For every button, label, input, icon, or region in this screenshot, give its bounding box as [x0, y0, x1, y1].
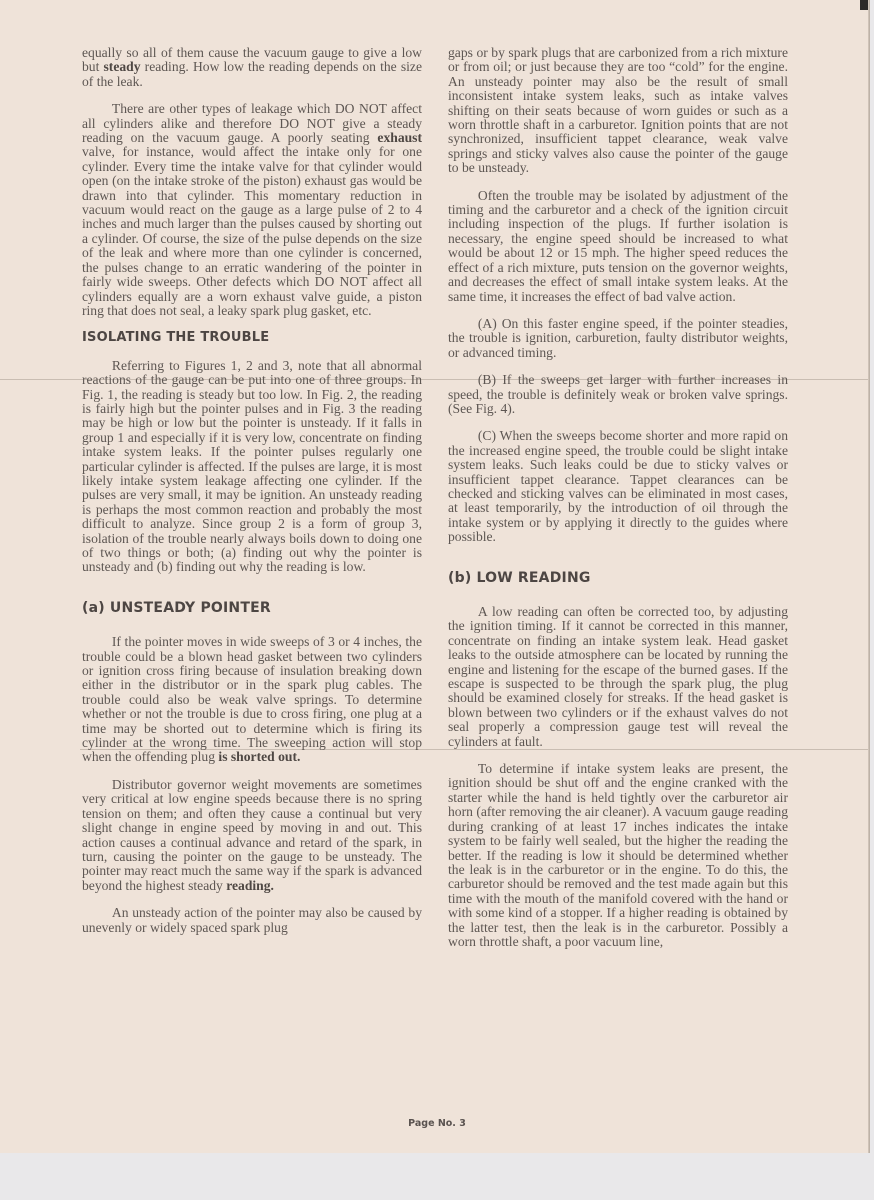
bold-text: steady [104, 59, 141, 74]
section-heading-unsteady-pointer: (a) UNSTEADY POINTER [82, 601, 422, 615]
paragraph: To determine if intake system leaks are … [448, 762, 788, 949]
bold-text: reading. [226, 878, 274, 893]
paragraph: An unsteady action of the pointer may al… [82, 906, 422, 935]
paragraph: equally so all of them cause the vacuum … [82, 46, 422, 89]
text: Distributor governor weight movements ar… [82, 777, 422, 893]
bold-text: is shorted out. [218, 749, 300, 764]
paragraph: A low reading can often be corrected too… [448, 605, 788, 749]
paragraph: (A) On this faster engine speed, if the … [448, 317, 788, 360]
paragraph: If the pointer moves in wide sweeps of 3… [82, 635, 422, 765]
left-column: equally so all of them cause the vacuum … [82, 46, 422, 948]
right-column: gaps or by spark plugs that are carboniz… [448, 46, 788, 962]
bold-text: exhaust [377, 130, 422, 145]
paragraph: (C) When the sweeps become shorter and m… [448, 429, 788, 544]
section-heading-isolating: ISOLATING THE TROUBLE [82, 331, 422, 345]
paragraph: Referring to Figures 1, 2 and 3, note th… [82, 359, 422, 575]
scanned-page: equally so all of them cause the vacuum … [0, 0, 869, 1153]
paragraph: Distributor governor weight movements ar… [82, 778, 422, 893]
page-corner-shadow [860, 0, 868, 10]
paragraph: gaps or by spark plugs that are carboniz… [448, 46, 788, 176]
paragraph: (B) If the sweeps get larger with furthe… [448, 373, 788, 416]
text: valve, for instance, would affect the in… [82, 144, 422, 317]
page-number: Page No. 3 [0, 1118, 874, 1129]
paragraph: There are other types of leakage which D… [82, 102, 422, 318]
section-heading-low-reading: (b) LOW READING [448, 571, 788, 585]
text: There are other types of leakage which D… [82, 101, 422, 145]
paragraph: Often the trouble may be isolated by adj… [448, 189, 788, 304]
text: If the pointer moves in wide sweeps of 3… [82, 634, 422, 764]
